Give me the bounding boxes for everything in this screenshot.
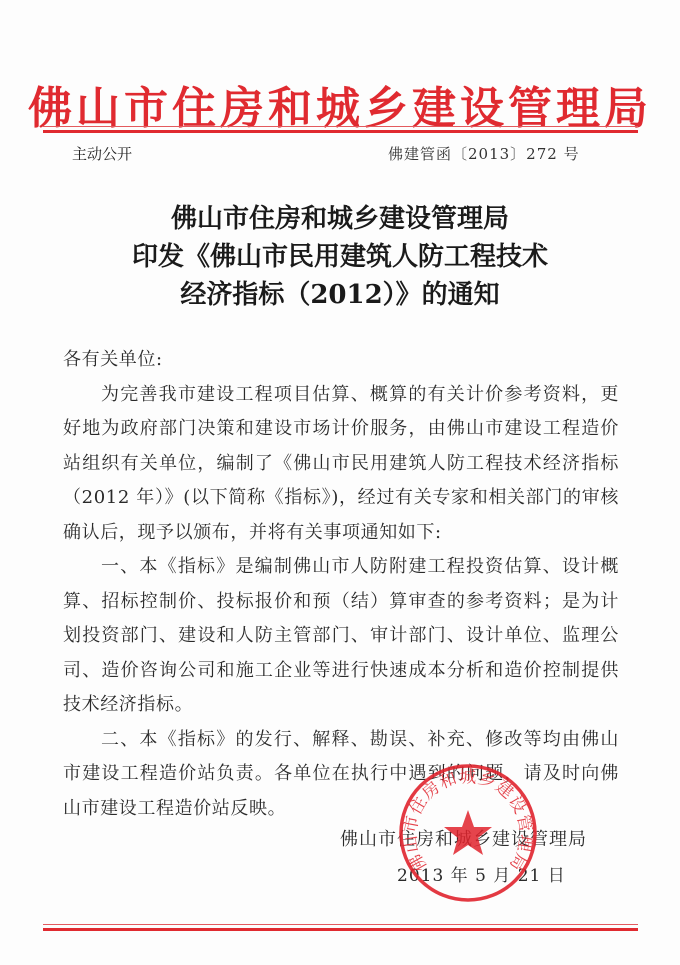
masthead-divider: [43, 126, 638, 133]
document-body: 各有关单位: 为完善我市建设工程项目估算、概算的有关计价参考资料，更好地为政府部…: [63, 343, 619, 826]
disclosure-label: 主动公开: [72, 143, 132, 164]
title-line-3: 经济指标（2012）》的通知: [0, 276, 680, 314]
paragraph-item-1: 一、本《指标》是编制佛山市人防附建工程投资估算、设计概算、招标控制价、投标报价和…: [63, 550, 619, 723]
paragraph-intro: 为完善我市建设工程项目估算、概算的有关计价参考资料，更好地为政府部门决策和建设市…: [63, 378, 619, 551]
title-line-1: 佛山市住房和城乡建设管理局: [0, 200, 680, 238]
official-seal: 佛山市住房和城乡建设管理局: [397, 762, 539, 904]
star-icon: [444, 810, 492, 855]
document-title: 佛山市住房和城乡建设管理局 印发《佛山市民用建筑人防工程技术 经济指标（2012…: [0, 200, 680, 314]
title-line-2: 印发《佛山市民用建筑人防工程技术: [0, 238, 680, 276]
footer-divider: [43, 924, 638, 931]
salutation: 各有关单位:: [63, 343, 619, 378]
document-number: 佛建管函〔2013〕272 号: [388, 143, 580, 164]
